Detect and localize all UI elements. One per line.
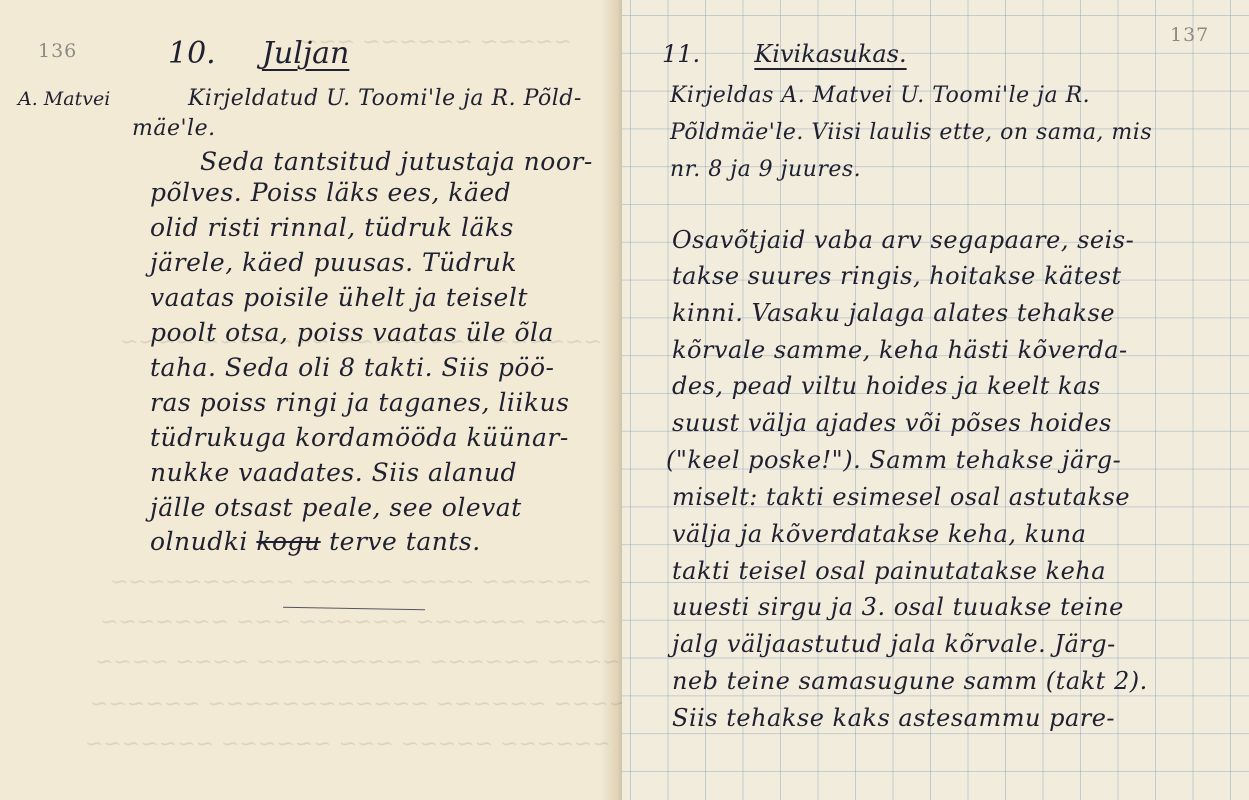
entry-title: Kivikasukas. xyxy=(754,40,906,68)
left-page: ~~~~~ ~~~~~~ ~~~ ~~~~~~ ~~~~~~~~ ~~~~~~~… xyxy=(0,0,622,800)
entry-number: 11. xyxy=(662,40,700,68)
text-line: Siis tehakse kaks astesammu pare- xyxy=(672,704,1115,732)
text-line: Põldmäe'le. Viisi laulis ette, on sama, … xyxy=(670,120,1152,145)
text-line: Kirjeldatud U. Toomi'le ja R. Põld- xyxy=(188,86,582,111)
text-line: Osavõtjaid vaba arv segapaare, seis- xyxy=(672,226,1134,254)
text-line: miselt: takti esimesel osal astutakse xyxy=(672,483,1130,511)
text-line: uuesti sirgu ja 3. osal tuuakse teine xyxy=(672,593,1124,621)
text-line: välja ja kõverdatakse keha, kuna xyxy=(672,520,1086,548)
text-line: des, pead viltu hoides ja keelt kas xyxy=(672,372,1101,400)
text-line-last: olnudki kogu terve tants. xyxy=(150,527,481,556)
text-line: mäe'le. xyxy=(132,116,216,141)
page-number: 137 xyxy=(1170,24,1209,46)
page-number: 136 xyxy=(38,40,77,62)
text-line: Kirjeldas A. Matvei U. Toomi'le ja R. xyxy=(670,83,1090,108)
struck-word: kogu xyxy=(256,527,320,556)
text-line: järele, käed puusas. Tüdruk xyxy=(150,248,517,277)
bleed-through-text: ~~~~~~ ~~~~~ ~~~ ~~~~~~ ~~~~~~~ xyxy=(85,732,611,757)
text-line: takse suures ringis, hoitakse kätest xyxy=(672,262,1122,290)
bleed-through-text: ~~~~~~ ~~~~ ~~~~~ ~~~~~~~~~~ xyxy=(110,570,592,595)
entry-number: 10. xyxy=(168,36,216,71)
margin-note-author: A. Matvei xyxy=(18,88,110,110)
text-fragment: terve tants. xyxy=(329,527,481,556)
text-line: vaatas poisile ühelt ja teiselt xyxy=(150,283,528,312)
text-line: neb teine samasugune samm (takt 2). xyxy=(672,667,1148,695)
text-fragment: olnudki xyxy=(150,527,248,556)
entry-title: Juljan xyxy=(262,36,349,71)
text-line: kinni. Vasaku jalaga alates tehakse xyxy=(672,299,1115,327)
text-line: ras poiss ringi ja taganes, liikus xyxy=(150,388,569,417)
right-page: 137 11. Kivikasukas. Kirjeldas A. Matvei… xyxy=(622,0,1249,800)
bleed-through-text: ~~~~ ~~~~~~ ~~~~~~ ~~~ ~~~~~~~ xyxy=(100,610,607,635)
text-line: poolt otsa, poiss vaatas üle õla xyxy=(150,318,554,347)
text-line: suust välja ajades või põses hoides xyxy=(672,409,1112,437)
text-line: nukke vaadates. Siis alanud xyxy=(150,458,517,487)
text-line: tüdrukuga kordamööda küünar- xyxy=(150,423,569,452)
text-line: ("keel poske!"). Samm tehakse järg- xyxy=(666,446,1121,474)
entry-heading: 10. Juljan xyxy=(168,36,349,71)
text-line: kõrvale samme, keha hästi kõverda- xyxy=(672,336,1128,364)
bleed-through-text: ~~~~~ ~~~~~~ ~~~~~~~~~ ~~~~ ~~~~ xyxy=(95,650,622,675)
notebook-spread: ~~~~~ ~~~~~~ ~~~ ~~~~~~ ~~~~~~~~ ~~~~~~~… xyxy=(0,0,1249,800)
text-line: olid risti rinnal, tüdruk läks xyxy=(150,213,514,242)
text-line: põlves. Poiss läks ees, käed xyxy=(150,178,511,207)
text-line: nr. 8 ja 9 juures. xyxy=(670,157,861,182)
bleed-through-text: ~~~~~ ~~~~~~ ~~~~~~~~~~~~ ~~~~~~ xyxy=(90,692,622,717)
text-line: jälle otsast peale, see olevat xyxy=(150,493,522,522)
text-line: takti teisel osal painutatakse keha xyxy=(672,557,1106,585)
entry-heading: 11. Kivikasukas. xyxy=(662,40,907,68)
text-line: jalg väljaastutud jala kõrvale. Järg- xyxy=(672,630,1116,658)
text-line: taha. Seda oli 8 takti. Siis pöö- xyxy=(150,353,554,382)
text-line: Seda tantsitud jutustaja noor- xyxy=(200,147,593,176)
